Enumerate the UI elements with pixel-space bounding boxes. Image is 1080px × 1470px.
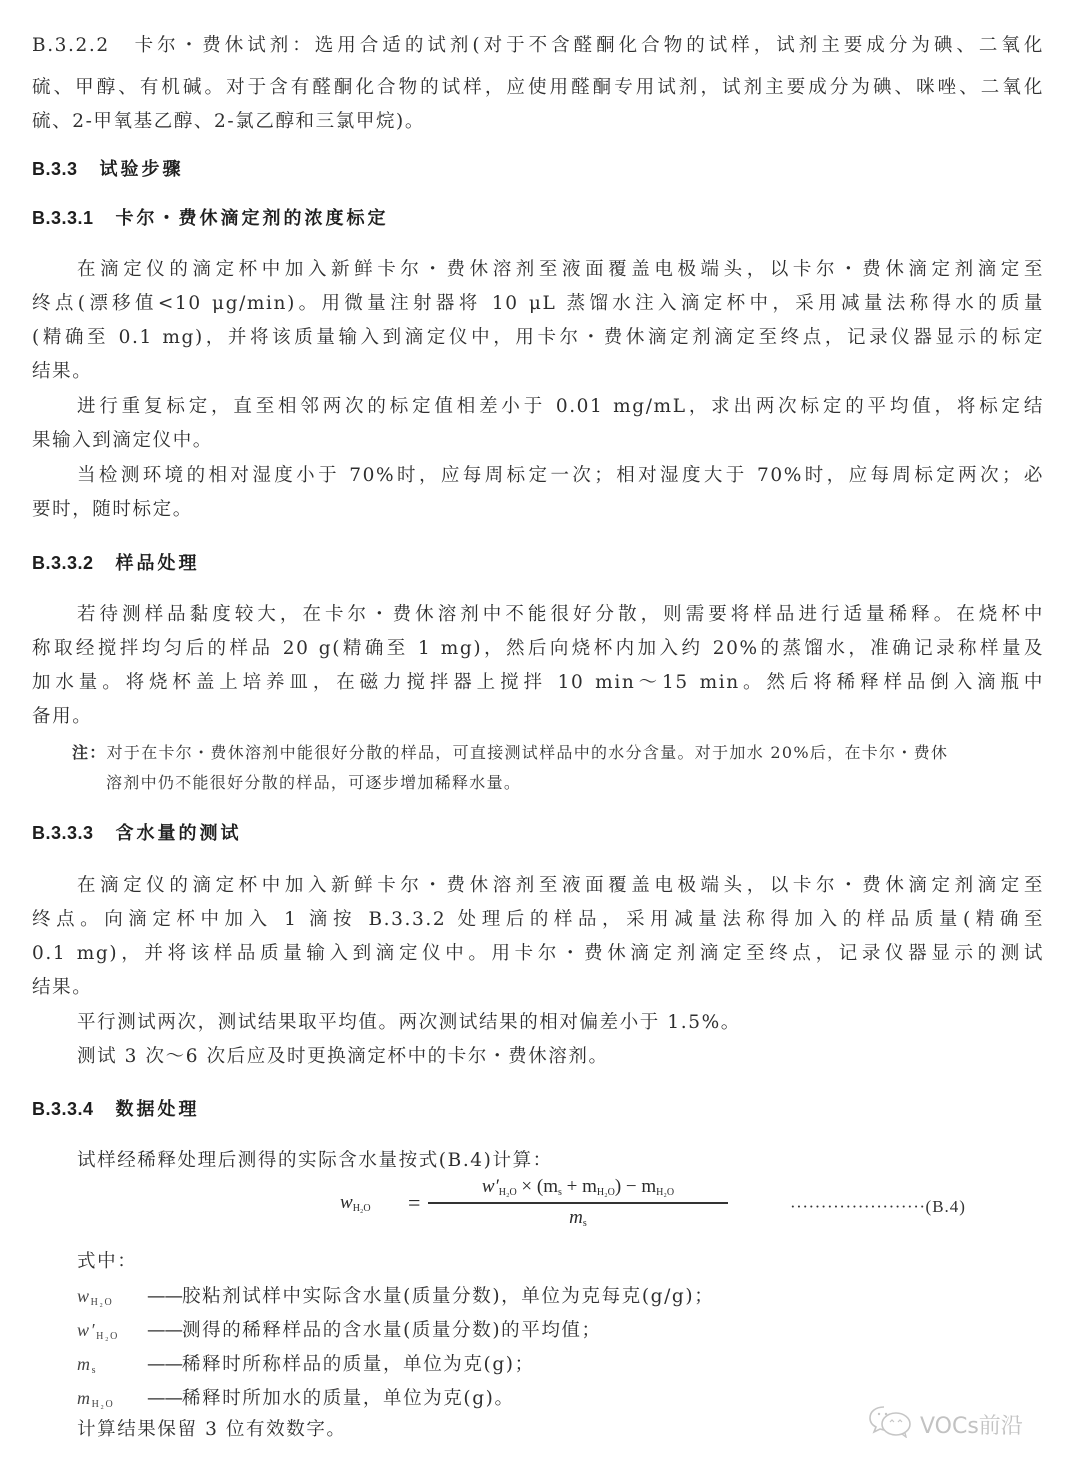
definition-text: 稀释时所加水的质量，单位为克(g)。 bbox=[182, 1388, 515, 1409]
note-line: 溶剂中仍不能很好分散的样品，可逐步增加稀释水量。 bbox=[106, 772, 521, 794]
formula-intro: 试样经稀释处理后测得的实际含水量按式(B.4)计算： bbox=[77, 1149, 1044, 1173]
body-line: 0.1 mg)，并将该样品质量输入到滴定仪中。用卡尔・费休滴定剂滴定至终点，记录… bbox=[32, 942, 1044, 966]
watermark-text: VOCs前沿 bbox=[920, 1409, 1023, 1440]
equation-reference: ······················(B.4) bbox=[790, 1197, 966, 1217]
section-number: B.3.3.4 bbox=[32, 1099, 94, 1119]
section-heading-b3-3-2: B.3.3.2样品处理 bbox=[32, 551, 200, 576]
watermark: VOCs前沿 bbox=[868, 1404, 1023, 1444]
document-page: B.3.2.2 卡尔・费休试剂：选用合适的试剂(对于不含醛酮化合物的试样，试剂主… bbox=[0, 0, 1080, 1470]
section-heading-b3-3-4: B.3.3.4数据处理 bbox=[32, 1097, 200, 1122]
body-line: 硫、2-甲氧基乙醇、2-氯乙醇和三氯甲烷)。 bbox=[32, 110, 1044, 134]
body-line: 终点。向滴定杯中加入 1 滴按 B.3.3.2 处理后的样品，采用减量法称得加入… bbox=[32, 908, 1044, 932]
section-title: 卡尔・费休滴定剂的浓度标定 bbox=[116, 208, 389, 229]
body-line: 硫、甲醇、有机碱。对于含有醛酮化合物的试样，应使用醛酮专用试剂，试剂主要成分为碘… bbox=[32, 76, 1044, 100]
section-title: 数据处理 bbox=[116, 1099, 200, 1120]
definition-symbol: wH₂O bbox=[77, 1284, 147, 1315]
note-text: 对于在卡尔・费休溶剂中能很好分散的样品，可直接测试样品中的水分含量。对于加水 2… bbox=[107, 743, 949, 762]
body-line: 若待测样品黏度较大，在卡尔・费休溶剂中不能很好分散，则需要将样品进行适量稀释。在… bbox=[77, 603, 1044, 627]
wechat-icon bbox=[868, 1404, 920, 1444]
formula-numerator: w′H₂O × (ms + mH₂O) − mH₂O bbox=[428, 1176, 728, 1198]
body-line: 终点(漂移值<10 μg/min)。用微量注射器将 10 μL 蒸馏水注入滴定杯… bbox=[32, 292, 1044, 316]
section-number: B.3.3.2 bbox=[32, 553, 94, 573]
section-heading-b3-3-3: B.3.3.3含水量的测试 bbox=[32, 821, 242, 846]
body-line: 称取经搅拌均匀后的样品 20 g(精确至 1 mg)，然后向烧杯内加入约 20%… bbox=[32, 637, 1044, 661]
body-line: 果输入到滴定仪中。 bbox=[32, 429, 1044, 453]
definition-symbol: w′H₂O bbox=[77, 1318, 147, 1349]
section-title: 样品处理 bbox=[116, 553, 200, 574]
body-line: 在滴定仪的滴定杯中加入新鲜卡尔・费休溶剂至液面覆盖电极端头，以卡尔・费休滴定剂滴… bbox=[77, 874, 1044, 898]
leader-dots: ······················ bbox=[790, 1197, 926, 1216]
formula-b4: wH₂O = w′H₂O × (ms + mH₂O) − mH₂O ms bbox=[340, 1176, 740, 1236]
section-number: B.3.3 bbox=[32, 159, 78, 179]
definition-row: wH₂O——胶粘剂试样中实际含水量(质量分数)，单位为克每克(g/g)； bbox=[77, 1284, 714, 1315]
definition-row: ms——稀释时所称样品的质量，单位为克(g)； bbox=[77, 1352, 535, 1383]
definition-symbol: mH₂O bbox=[77, 1386, 147, 1417]
section-title: 试验步骤 bbox=[100, 159, 184, 180]
definition-row: mH₂O——稀释时所加水的质量，单位为克(g)。 bbox=[77, 1386, 515, 1417]
body-line: 要时，随时标定。 bbox=[32, 498, 1044, 522]
formula-fraction: w′H₂O × (ms + mH₂O) − mH₂O ms bbox=[428, 1176, 728, 1229]
definition-text: 稀释时所称样品的质量，单位为克(g)； bbox=[182, 1354, 535, 1375]
where-label: 式中： bbox=[77, 1250, 137, 1274]
section-number: B.3.3.3 bbox=[32, 823, 94, 843]
body-line: 加水量。将烧杯盖上培养皿，在磁力搅拌器上搅拌 10 min～15 min。然后将… bbox=[32, 671, 1044, 695]
definition-text: 测得的稀释样品的含水量(质量分数)的平均值； bbox=[182, 1320, 602, 1341]
formula-lhs: wH₂O bbox=[340, 1192, 371, 1214]
formula-equals: = bbox=[408, 1190, 420, 1216]
equation-number: (B.4) bbox=[926, 1197, 966, 1216]
conclusion-line: 计算结果保留 3 位有效数字。 bbox=[77, 1418, 347, 1442]
body-line: 测试 3 次～6 次后应及时更换滴定杯中的卡尔・费休溶剂。 bbox=[77, 1045, 1044, 1069]
section-title: 含水量的测试 bbox=[116, 823, 242, 844]
body-line: 平行测试两次，测试结果取平均值。两次测试结果的相对偏差小于 1.5%。 bbox=[77, 1011, 1044, 1035]
fraction-bar bbox=[428, 1202, 728, 1204]
body-line: 结果。 bbox=[32, 360, 1044, 384]
definition-text: 胶粘剂试样中实际含水量(质量分数)，单位为克每克(g/g)； bbox=[182, 1286, 714, 1307]
body-line: B.3.2.2 卡尔・费休试剂：选用合适的试剂(对于不含醛酮化合物的试样，试剂主… bbox=[32, 34, 1044, 58]
section-heading-b3-3: B.3.3试验步骤 bbox=[32, 157, 184, 182]
body-line: (精确至 0.1 mg)，并将该质量输入到滴定仪中，用卡尔・费休滴定剂滴定至终点… bbox=[32, 326, 1044, 350]
note-line: 注：对于在卡尔・费休溶剂中能很好分散的样品，可直接测试样品中的水分含量。对于加水… bbox=[72, 742, 948, 764]
body-line: 在滴定仪的滴定杯中加入新鲜卡尔・费休溶剂至液面覆盖电极端头，以卡尔・费休滴定剂滴… bbox=[77, 258, 1044, 282]
section-number: B.3.3.1 bbox=[32, 208, 94, 228]
definition-row: w′H₂O——测得的稀释样品的含水量(质量分数)的平均值； bbox=[77, 1318, 602, 1349]
section-heading-b3-3-1: B.3.3.1卡尔・费休滴定剂的浓度标定 bbox=[32, 206, 389, 231]
formula-denominator: ms bbox=[428, 1207, 728, 1229]
note-label: 注： bbox=[72, 743, 107, 762]
body-line: 结果。 bbox=[32, 976, 1044, 1000]
body-line: 进行重复标定，直至相邻两次的标定值相差小于 0.01 mg/mL，求出两次标定的… bbox=[77, 395, 1044, 419]
definition-symbol: ms bbox=[77, 1352, 147, 1383]
body-line: 当检测环境的相对湿度小于 70%时，应每周标定一次；相对湿度大于 70%时，应每… bbox=[77, 464, 1044, 488]
body-line: 备用。 bbox=[32, 705, 1044, 729]
